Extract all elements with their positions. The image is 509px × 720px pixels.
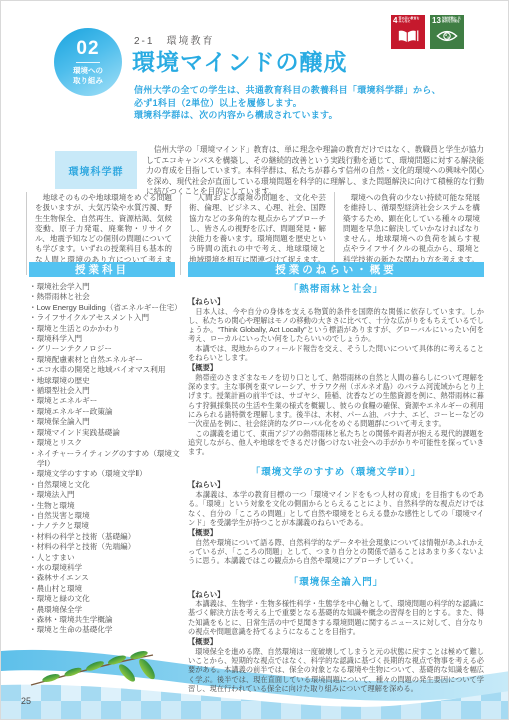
subject-item: 環境とリスク (29, 438, 183, 448)
subject-item: 環境文学のすすめ（環境文学Ⅱ） (29, 469, 183, 479)
course-title: 「熱帯雨林と社会」 (188, 281, 484, 295)
brochure-page: 02 環境への 取り組み 2-1 環境教育 環境マインドの醸成 信州大学の全ての… (0, 0, 509, 720)
subject-item: 森林・環境共生学概論 (29, 615, 183, 625)
subject-item: 生物と環境 (29, 501, 183, 511)
subject-item: 自然環境と文化 (29, 480, 183, 490)
course-aim-text: 本講義は、本学の教育目標の一つ「環境マインドをもつ人材の育成」を目指すものである… (188, 490, 484, 527)
sdg13-number: 13 (432, 17, 441, 25)
subject-item: ネイチャーライティングのすすめ（環境文学Ⅰ） (29, 449, 183, 470)
subject-item: 熱帯雨林と社会 (29, 292, 183, 302)
subject-item: 環境法入門 (29, 490, 183, 500)
section-number: 02 (76, 39, 99, 58)
course-block: 「環境文学のすすめ（環境文学Ⅱ）」 【ねらい】 本講義は、本学の教育目標の一つ「… (188, 464, 484, 565)
subject-item: グリーンテクノロジー (29, 344, 183, 354)
subject-item: 環境と生活とのかかわり (29, 324, 183, 334)
kagakugun-label: 環境科学群 (55, 151, 137, 189)
course-aim-text: 本講義は、生物学・生物多様性科学・生態学を中心軸として、環境問題の科学的な認識に… (188, 599, 484, 636)
subject-item: ナノテクと環境 (29, 521, 183, 531)
page-title: 環境マインドの醸成 (132, 44, 348, 77)
page-number: 25 (21, 696, 31, 706)
course-overview-text: 環境保全を進める際、自然環境は一度破壊してしまうと元の状態に戻すことは極めて難し… (188, 647, 484, 693)
overview-label: 【概要】 (188, 637, 484, 647)
subject-item: 水の環境科学 (29, 563, 183, 573)
sdg13-badge: 13 気候変動に 具体的な対策を (430, 15, 464, 49)
sdg4-number: 4 (393, 17, 397, 25)
sdg-badges: 4 質の高い教育を みんなに 13 気候変動に 具体的な対策を (391, 15, 464, 49)
subject-item: 環境エネルギー政策論 (29, 407, 183, 417)
aim-label: 【ねらい】 (188, 297, 484, 307)
badge-label: 環境への 取り組み (73, 66, 103, 85)
subject-item: 自然災害と環境 (29, 511, 183, 521)
sdg4-badge: 4 質の高い教育を みんなに (391, 15, 425, 49)
syllabus-header-bar: 授業のねらい・概要 (188, 262, 484, 277)
subject-item: 環境配慮素材と自然エネルギー (29, 355, 183, 365)
subject-item: 環境とエネルギー (29, 396, 183, 406)
sdg13-header: 13 気候変動に 具体的な対策を (432, 17, 462, 25)
aim-label: 【ねらい】 (188, 480, 484, 490)
sdg13-label: 気候変動に 具体的な対策を (442, 17, 462, 24)
subject-item: 環境マインド実践基礎論 (29, 428, 183, 438)
subject-item: 農山村と環境 (29, 584, 183, 594)
subject-item: 循環型社会入門 (29, 386, 183, 396)
overview-label: 【概要】 (188, 363, 484, 373)
section-badge: 02 環境への 取り組み (54, 28, 122, 96)
kagakugun-description: 信州大学の「環境マインド」教育は、単に理念や理論の教育だけではなく、教職員と学生… (146, 145, 484, 198)
course-details: 「熱帯雨林と社会」 【ねらい】 日本人は、今や自分の身体を支える物質的条件を国際… (188, 279, 484, 701)
subject-item: 地球環境の歴史 (29, 376, 183, 386)
subject-item: 環境社会学入門 (29, 282, 183, 292)
sdg4-label: 質の高い教育を みんなに (398, 17, 423, 24)
subject-item: 材料の科学と技術（先端編） (29, 542, 183, 552)
overview-label: 【概要】 (188, 528, 484, 538)
badge-divider (76, 62, 100, 63)
course-overview-text: 自然や環境について語る際、自然科学的なデータや社会現象については情報があふれかえ… (188, 538, 484, 566)
course-aim-text: 日本人は、今や自分の身体を支える物質的条件を国際的な関係に依存しています。しかし… (188, 307, 484, 363)
course-block: 「熱帯雨林と社会」 【ねらい】 日本人は、今や自分の身体を支える物質的条件を国際… (188, 281, 484, 456)
aim-label: 【ねらい】 (188, 590, 484, 600)
subject-item: 材料の科学と技術（基礎編） (29, 532, 183, 542)
subject-item: ライフサイクルアセスメント入門 (29, 313, 183, 323)
sdg4-header: 4 質の高い教育を みんなに (393, 17, 423, 25)
intro-text: 信州大学の全ての学生は、共通教育科目の教養科目「環境科学群」から、 必ず1科目（… (134, 84, 441, 122)
subject-item: 農環境保全学 (29, 605, 183, 615)
course-title: 「環境文学のすすめ（環境文学Ⅱ）」 (188, 464, 484, 478)
subject-item: 人とすまい (29, 553, 183, 563)
subjects-header-bar: 授業科目 (29, 262, 175, 277)
subject-item: 環境保全論入門 (29, 417, 183, 427)
subject-item: 環境科学入門 (29, 334, 183, 344)
course-title: 「環境保全論入門」 (188, 574, 484, 588)
course-overview-text: 熱帯産のさまざまなモノを切り口として、熱帯雨林の自然と人間の暮らしについて理解を… (188, 373, 484, 457)
subject-list: 環境社会学入門 熱帯雨林と社会 Low Energy Building（省エネル… (29, 282, 183, 636)
subject-item: Low Energy Building（省エネルギー住宅） (29, 303, 183, 313)
subject-item: エコ水車の開発と地域バイオマス利用 (29, 365, 183, 375)
subject-item: 環境と緑の文化 (29, 594, 183, 604)
eye-globe-icon (436, 29, 458, 43)
subject-item: 森林サイエンス (29, 573, 183, 583)
subject-item: 環境と生命の基礎化学 (29, 625, 183, 635)
book-icon (397, 29, 419, 44)
course-block: 「環境保全論入門」 【ねらい】 本講義は、生物学・生物多様性科学・生態学を中心軸… (188, 574, 484, 694)
